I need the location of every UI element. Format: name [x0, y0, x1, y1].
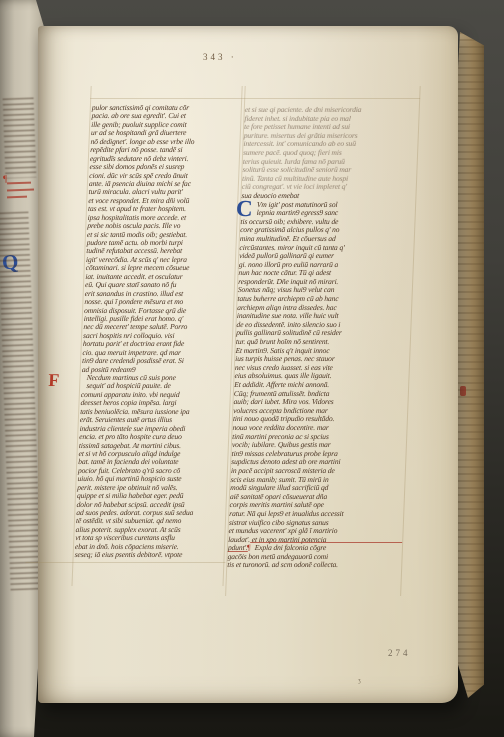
folio-number-stamp: 274 [388, 648, 411, 658]
gutter-paraph-mark: ¶ [3, 174, 7, 184]
text-column-right: et si sue qi paciente. de dni misericord… [227, 106, 423, 570]
gutter-rubric-line [7, 189, 34, 192]
manuscript-line: ciū congregat'. vt vie loci impleret q' [242, 183, 420, 192]
ruling-line-horizontal [90, 98, 420, 99]
manuscript-page: 343 · pulor sanctissimō qi comitatu cōrp… [38, 26, 458, 703]
rubric-underline [228, 551, 248, 552]
text-column-left: pulor sanctissimō qi comitatu cōrpacia. … [75, 104, 245, 560]
red-initial-letter: F [48, 371, 60, 389]
gutter-text-lines-upper [3, 97, 37, 178]
ruling-line-horizontal [25, 562, 225, 563]
rubric-underline [250, 542, 402, 543]
gutter-rubric-line [7, 182, 31, 184]
blue-initial-letter: C [236, 197, 254, 220]
gutter-rubric-line [7, 196, 27, 198]
stray-ink-mark: ʒ [358, 678, 361, 684]
fore-edge-red-mark [460, 386, 466, 396]
manuscript-line: tis et turonorū. ad scm odonē collecta. [227, 561, 405, 570]
manuscript-line: seseq; iā eius psentis debitorē. vtpote [75, 551, 227, 559]
manuscript-photo: ¶ Q 343 · pulor sanctissimō qi comitatu … [0, 0, 504, 737]
text-block: pulor sanctissimō qi comitatu cōrpacia. … [12, 26, 458, 703]
